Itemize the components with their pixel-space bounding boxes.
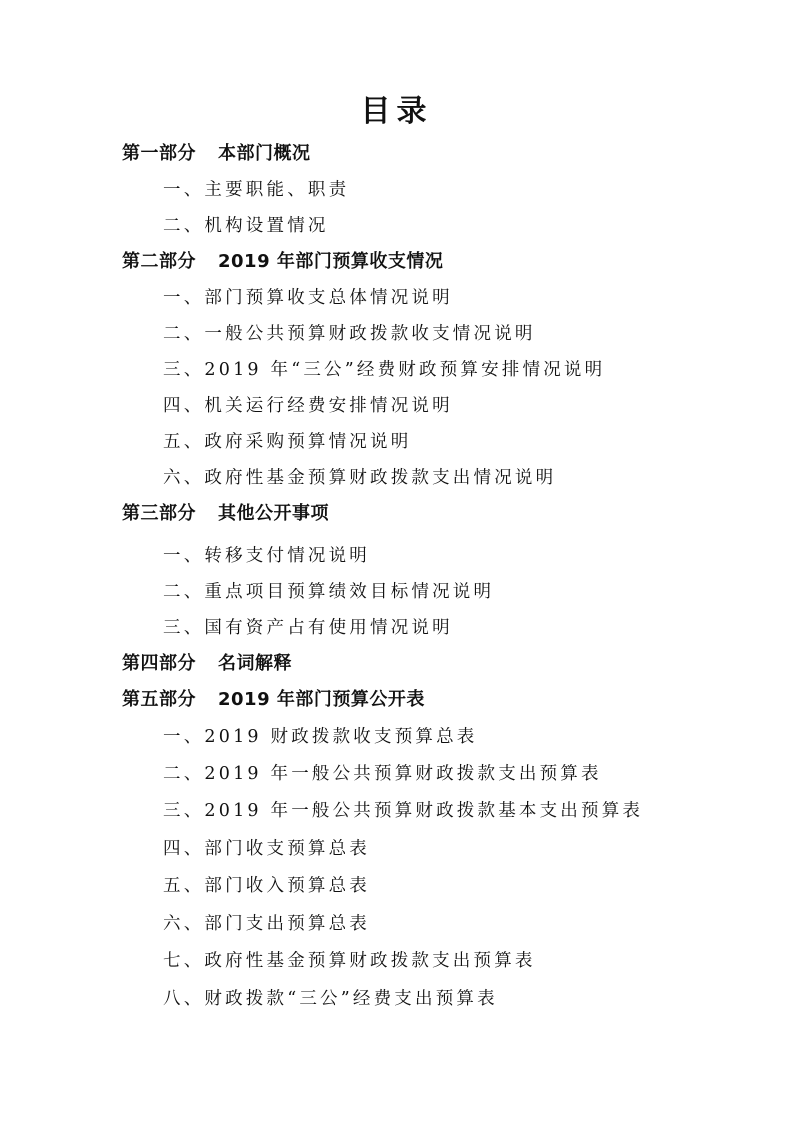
toc-item-text: 四、部门收支预算总表 <box>163 839 370 859</box>
toc-item-text: 六、部门支出预算总表 <box>163 914 370 934</box>
toc-item[interactable]: 四、机关运行经费安排情况说明 <box>163 393 453 419</box>
toc-item[interactable]: 一、部门预算收支总体情况说明 <box>163 285 453 311</box>
toc-item-text: 三、2019 年一般公共预算财政拨款基本支出预算表 <box>163 801 643 821</box>
toc-item[interactable]: 一、主要职能、职责 <box>163 177 349 203</box>
toc-item-text: 二、重点项目预算绩效目标情况说明 <box>163 582 494 602</box>
toc-item-text: 四、机关运行经费安排情况说明 <box>163 396 453 416</box>
toc-item[interactable]: 七、政府性基金预算财政拨款支出预算表 <box>163 948 536 974</box>
toc-item[interactable]: 三、2019 年“三公”经费财政预算安排情况说明 <box>163 357 605 383</box>
toc-item[interactable]: 二、2019 年一般公共预算财政拨款支出预算表 <box>163 761 602 787</box>
toc-item-text: 五、政府采购预算情况说明 <box>163 432 411 452</box>
toc-item[interactable]: 五、部门收入预算总表 <box>163 873 370 899</box>
toc-item[interactable]: 五、政府采购预算情况说明 <box>163 429 411 455</box>
toc-part-heading[interactable]: 第四部分名词解释 <box>122 651 292 677</box>
toc-part-heading[interactable]: 第二部分2019 年部门预算收支情况 <box>122 249 443 275</box>
toc-item-text: 二、2019 年一般公共预算财政拨款支出预算表 <box>163 764 602 784</box>
part-label: 第五部分 <box>122 689 196 710</box>
toc-item-text: 五、部门收入预算总表 <box>163 876 370 896</box>
part-title: 2019 年部门预算收支情况 <box>218 251 443 272</box>
toc-item-text: 三、2019 年“三公”经费财政预算安排情况说明 <box>163 360 605 380</box>
part-label: 第二部分 <box>122 251 196 272</box>
toc-part-heading[interactable]: 第五部分2019 年部门预算公开表 <box>122 687 425 713</box>
toc-part-heading[interactable]: 第一部分本部门概况 <box>122 141 311 167</box>
toc-item[interactable]: 二、重点项目预算绩效目标情况说明 <box>163 579 494 605</box>
toc-item-text: 二、机构设置情况 <box>163 216 329 236</box>
toc-item-text: 一、主要职能、职责 <box>163 180 349 200</box>
document-page: 目录 第一部分本部门概况一、主要职能、职责二、机构设置情况第二部分2019 年部… <box>0 0 793 1122</box>
toc-item[interactable]: 六、部门支出预算总表 <box>163 911 370 937</box>
toc-item-text: 三、国有资产占有使用情况说明 <box>163 618 453 638</box>
toc-item-text: 一、部门预算收支总体情况说明 <box>163 288 453 308</box>
toc-item[interactable]: 一、转移支付情况说明 <box>163 543 370 569</box>
toc-item-text: 六、政府性基金预算财政拨款支出情况说明 <box>163 468 556 488</box>
part-label: 第四部分 <box>122 653 196 674</box>
part-title: 本部门概况 <box>218 143 311 164</box>
toc-item[interactable]: 一、2019 财政拨款收支预算总表 <box>163 724 478 750</box>
toc-item-text: 一、2019 财政拨款收支预算总表 <box>163 727 478 747</box>
toc-item-text: 八、财政拨款“三公”经费支出预算表 <box>163 989 498 1009</box>
toc-part-heading[interactable]: 第三部分其他公开事项 <box>122 501 329 527</box>
toc-item[interactable]: 二、机构设置情况 <box>163 213 329 239</box>
part-title: 名词解释 <box>218 653 292 674</box>
toc-item[interactable]: 六、政府性基金预算财政拨款支出情况说明 <box>163 465 556 491</box>
toc-item[interactable]: 三、国有资产占有使用情况说明 <box>163 615 453 641</box>
part-label: 第三部分 <box>122 503 196 524</box>
toc-item[interactable]: 三、2019 年一般公共预算财政拨款基本支出预算表 <box>163 798 643 824</box>
part-label: 第一部分 <box>122 143 196 164</box>
toc-item-text: 二、一般公共预算财政拨款收支情况说明 <box>163 324 536 344</box>
toc-title: 目录 <box>0 92 793 132</box>
toc-item-text: 一、转移支付情况说明 <box>163 546 370 566</box>
toc-item[interactable]: 四、部门收支预算总表 <box>163 836 370 862</box>
toc-item[interactable]: 八、财政拨款“三公”经费支出预算表 <box>163 986 498 1012</box>
part-title: 其他公开事项 <box>218 503 329 524</box>
toc-item-text: 七、政府性基金预算财政拨款支出预算表 <box>163 951 536 971</box>
part-title: 2019 年部门预算公开表 <box>218 689 425 710</box>
toc-item[interactable]: 二、一般公共预算财政拨款收支情况说明 <box>163 321 536 347</box>
